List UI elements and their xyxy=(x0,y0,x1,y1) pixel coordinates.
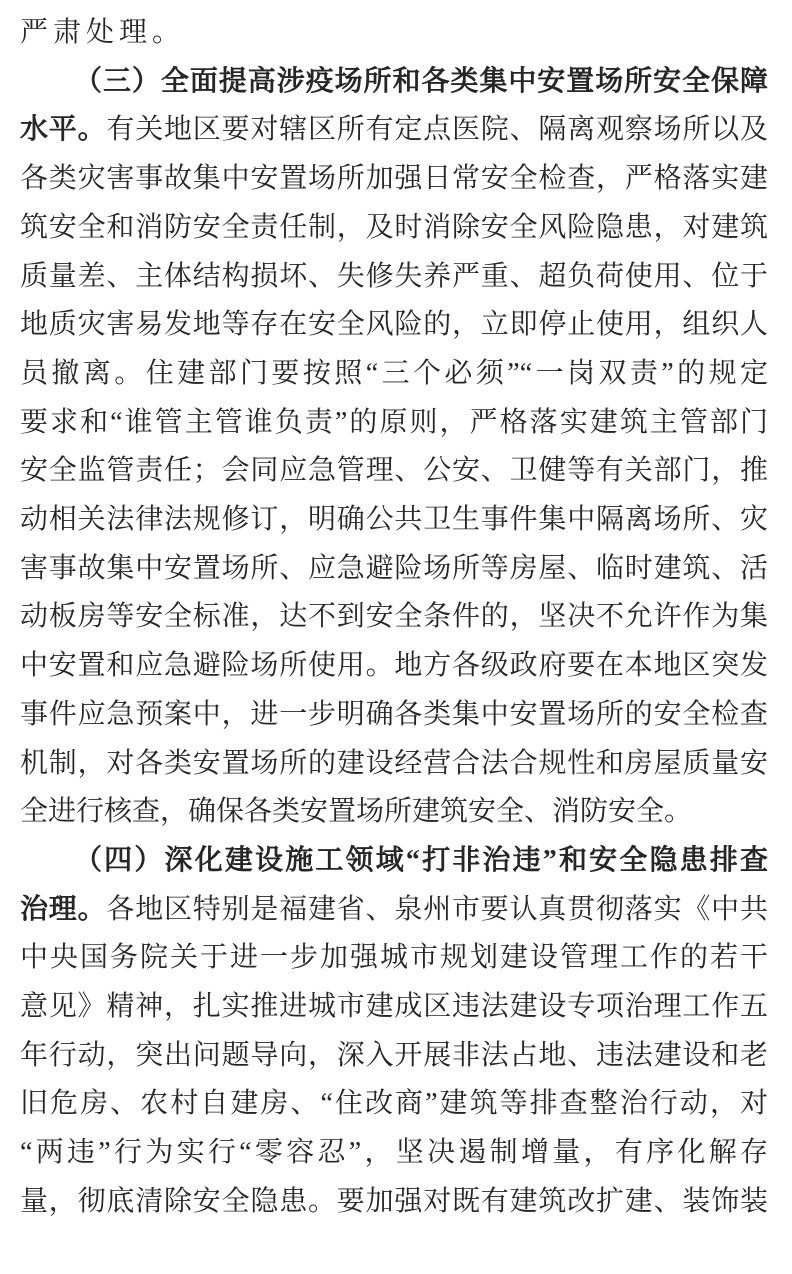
heading-segment: （四）深化建设施工领域“打非治违”和安全隐患排查 xyxy=(74,845,768,876)
text-line: 动板房等安全标准，达不到安全条件的，坚决不允许作为集 xyxy=(20,593,768,642)
heading-segment: 水平。 xyxy=(20,114,106,145)
heading-segment: 治理。 xyxy=(20,894,106,925)
body-segment: 各类灾害事故集中安置场所加强日常安全检查，严格落实建 xyxy=(20,163,768,194)
body-segment: 旧危房、农村自建房、“住改商”建筑等排查整治行动，对 xyxy=(20,1088,768,1119)
body-segment: 害事故集中安置场所、应急避险场所等房屋、临时建筑、活 xyxy=(20,553,768,584)
body-segment: “两违”行为实行“零容忍”，坚决遏制增量，有序化解存 xyxy=(20,1137,768,1168)
body-segment: 各地区特别是福建省、泉州市要认真贯彻落实《中共 xyxy=(106,894,768,925)
text-line: 水平。有关地区要对辖区所有定点医院、隔离观察场所以及 xyxy=(20,106,768,155)
text-line: 要求和“谁管主管谁负责”的原则，严格落实建筑主管部门 xyxy=(20,399,768,448)
body-segment: 地质灾害易发地等存在安全风险的，立即停止使用，组织人 xyxy=(20,309,768,340)
body-segment: 中央国务院关于进一步加强城市规划建设管理工作的若干 xyxy=(20,942,768,973)
text-line: 量，彻底清除安全隐患。要加强对既有建筑改扩建、装饰装 xyxy=(20,1178,768,1227)
text-line: 员撤离。住建部门要按照“三个必须”“一岗双责”的规定 xyxy=(20,350,768,399)
text-line: 旧危房、农村自建房、“住改商”建筑等排查整治行动，对 xyxy=(20,1080,768,1129)
text-line: 年行动，突出问题导向，深入开展非法占地、违法建设和老 xyxy=(20,1032,768,1081)
text-line: 质量差、主体结构损坏、失修失养严重、超负荷使用、位于 xyxy=(20,253,768,302)
body-segment: 安全监管责任；会同应急管理、公安、卫健等有关部门，推 xyxy=(20,455,768,486)
text-line: 害事故集中安置场所、应急避险场所等房屋、临时建筑、活 xyxy=(20,545,768,594)
body-segment: 全进行核查，确保各类安置场所建筑安全、消防安全。 xyxy=(20,796,692,827)
body-segment: 员撤离。住建部门要按照“三个必须”“一岗双责”的规定 xyxy=(20,358,768,389)
body-segment: 质量差、主体结构损坏、失修失养严重、超负荷使用、位于 xyxy=(20,261,768,292)
body-segment: 筑安全和消防安全责任制，及时消除安全风险隐患，对建筑 xyxy=(20,212,768,243)
text-line: 各类灾害事故集中安置场所加强日常安全检查，严格落实建 xyxy=(20,155,768,204)
text-line: 地质灾害易发地等存在安全风险的，立即停止使用，组织人 xyxy=(20,301,768,350)
body-segment: 事件应急预案中，进一步明确各类集中安置场所的安全检查 xyxy=(20,699,768,730)
body-segment: 有关地区要对辖区所有定点医院、隔离观察场所以及 xyxy=(106,114,768,145)
text-line: 筑安全和消防安全责任制，及时消除安全风险隐患，对建筑 xyxy=(20,204,768,253)
text-line: “两违”行为实行“零容忍”，坚决遏制增量，有序化解存 xyxy=(20,1129,768,1178)
text-line: 中央国务院关于进一步加强城市规划建设管理工作的若干 xyxy=(20,934,768,983)
body-segment: 严肃处理。 xyxy=(20,17,185,48)
section-heading-3: （三）全面提高涉疫场所和各类集中安置场所安全保障 xyxy=(20,58,768,107)
text-line: 机制，对各类安置场所的建设经营合法合规性和房屋质量安 xyxy=(20,740,768,789)
body-segment: 中安置和应急避险场所使用。地方各级政府要在本地区突发 xyxy=(20,650,768,681)
document-page: 严肃处理。 （三）全面提高涉疫场所和各类集中安置场所安全保障 水平。有关地区要对… xyxy=(0,0,792,1274)
text-line: 治理。各地区特别是福建省、泉州市要认真贯彻落实《中共 xyxy=(20,886,768,935)
text-line: 安全监管责任；会同应急管理、公安、卫健等有关部门，推 xyxy=(20,447,768,496)
body-segment: 机制，对各类安置场所的建设经营合法合规性和房屋质量安 xyxy=(20,748,768,779)
body-segment: 年行动，突出问题导向，深入开展非法占地、违法建设和老 xyxy=(20,1040,768,1071)
text-line: 中安置和应急避险场所使用。地方各级政府要在本地区突发 xyxy=(20,642,768,691)
body-segment: 动相关法律法规修订，明确公共卫生事件集中隔离场所、灾 xyxy=(20,504,768,535)
text-line: 意见》精神，扎实推进城市建成区违法建设专项治理工作五 xyxy=(20,983,768,1032)
body-segment: 意见》精神，扎实推进城市建成区违法建设专项治理工作五 xyxy=(20,991,768,1022)
text-line: 动相关法律法规修订，明确公共卫生事件集中隔离场所、灾 xyxy=(20,496,768,545)
body-segment: 动板房等安全标准，达不到安全条件的，坚决不允许作为集 xyxy=(20,601,768,632)
body-segment: 量，彻底清除安全隐患。要加强对既有建筑改扩建、装饰装 xyxy=(20,1186,768,1217)
heading-segment: （三）全面提高涉疫场所和各类集中安置场所安全保障 xyxy=(74,66,768,97)
text-line: 事件应急预案中，进一步明确各类集中安置场所的安全检查 xyxy=(20,691,768,740)
body-segment: 要求和“谁管主管谁负责”的原则，严格落实建筑主管部门 xyxy=(20,407,768,438)
text-line: 严肃处理。 xyxy=(20,9,768,58)
section-heading-4: （四）深化建设施工领域“打非治违”和安全隐患排查 xyxy=(20,837,768,886)
text-line: 全进行核查，确保各类安置场所建筑安全、消防安全。 xyxy=(20,788,768,837)
